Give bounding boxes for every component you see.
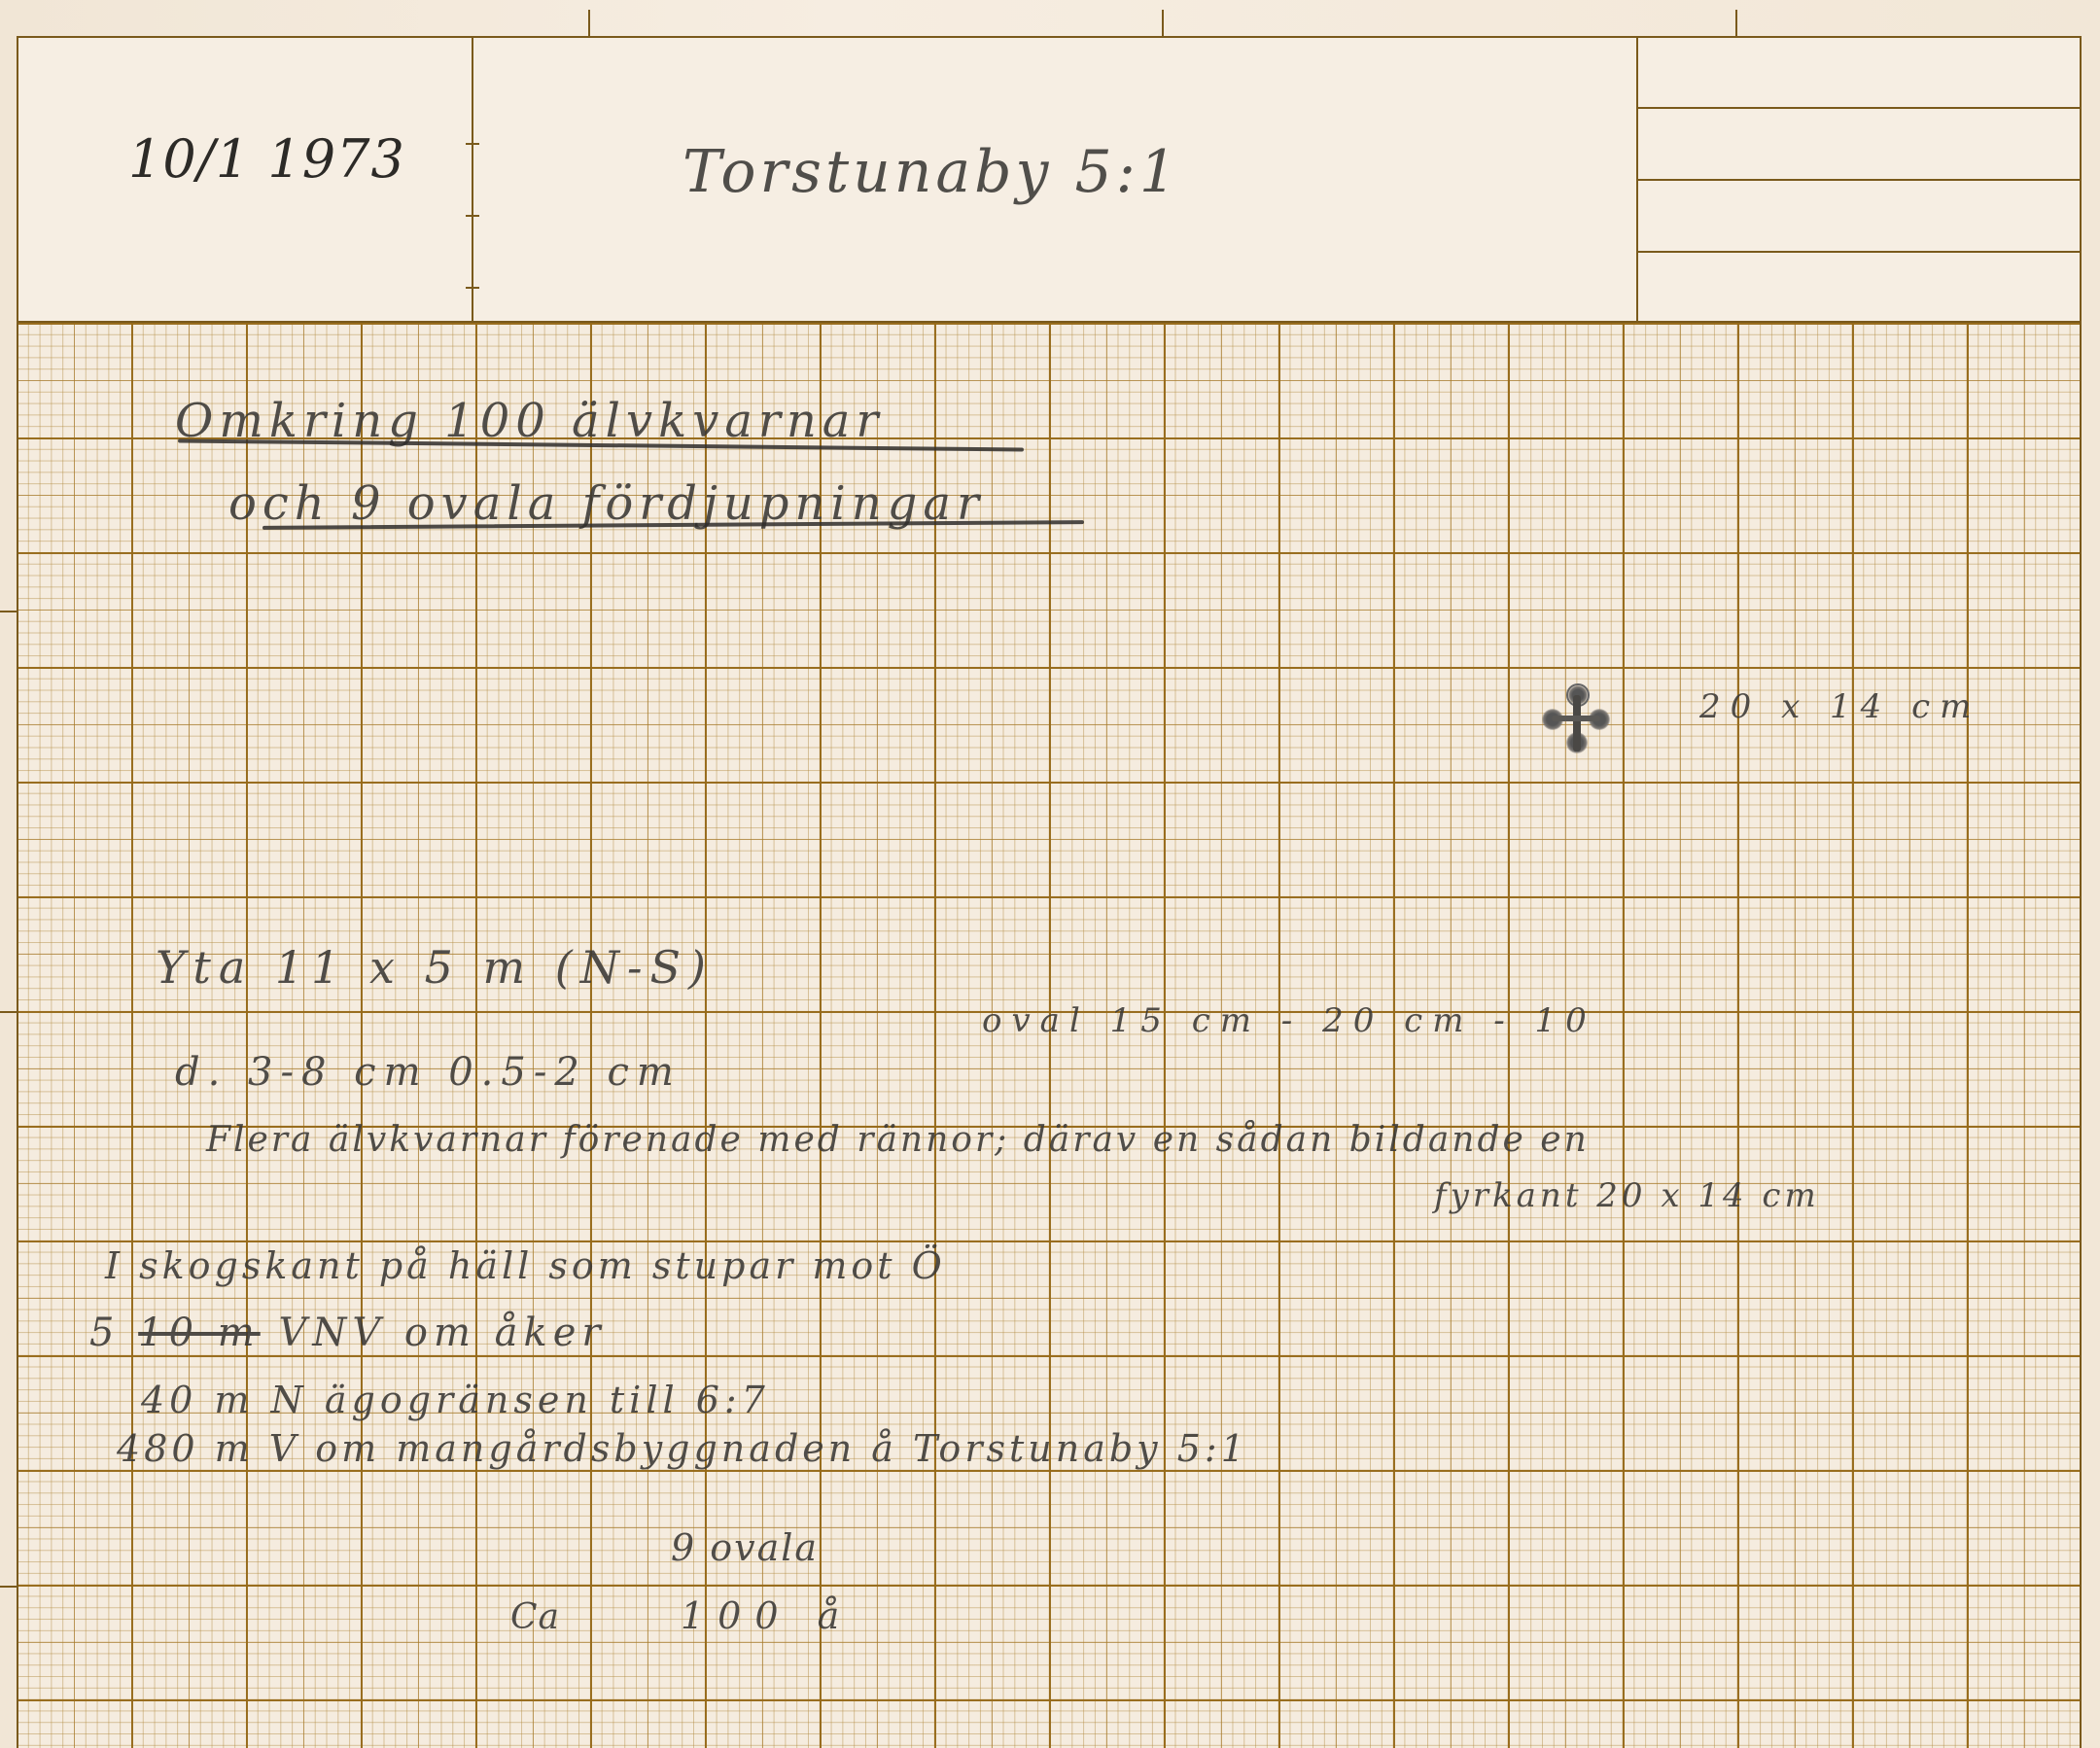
description-line-2: fyrkant 20 x 14 cm — [1434, 1176, 1820, 1215]
record-card: 10/1 1973 Torstunaby 5:1 Omkring 100 älv… — [0, 0, 2100, 1748]
location-line-3: 40 m N ägogränsen till 6:7 — [141, 1379, 770, 1421]
top-tick — [588, 10, 590, 36]
summary-count: 100 å — [681, 1594, 853, 1637]
left-tick — [0, 1011, 17, 1013]
top-tick — [1735, 10, 1737, 36]
card-frame — [17, 36, 2082, 1748]
description-line-1: Flera älvkvarnar förenade med rännor; dä… — [206, 1120, 1590, 1160]
distance-value: 5 — [89, 1311, 120, 1355]
diameter-note: d. 3-8 cm 0.5-2 cm — [175, 1050, 682, 1095]
direction-text: VNV om åker — [278, 1311, 606, 1355]
top-tick — [1162, 10, 1164, 36]
area-note: Yta 11 x 5 m (N-S) — [156, 941, 714, 994]
left-tick — [0, 611, 17, 612]
left-tick — [0, 1586, 17, 1588]
location-line-4: 480 m V om mangårdsbyggnaden å Torstunab… — [117, 1427, 1248, 1470]
location-line-2: 5 10 m VNV om åker — [89, 1311, 607, 1355]
summary-ovals: 9 ovala — [671, 1526, 819, 1569]
summary-prefix: Ca — [510, 1597, 560, 1637]
location-line-1: I skogskant på häll som stupar mot Ö — [105, 1244, 946, 1287]
cross-dimension: 20 x 14 cm — [1699, 687, 1980, 726]
struck-distance: 10 m — [138, 1311, 261, 1355]
cross-of-cupmarks-icon — [1538, 676, 1616, 763]
oval-note: oval 15 cm - 20 cm - 10 — [982, 1001, 1596, 1040]
